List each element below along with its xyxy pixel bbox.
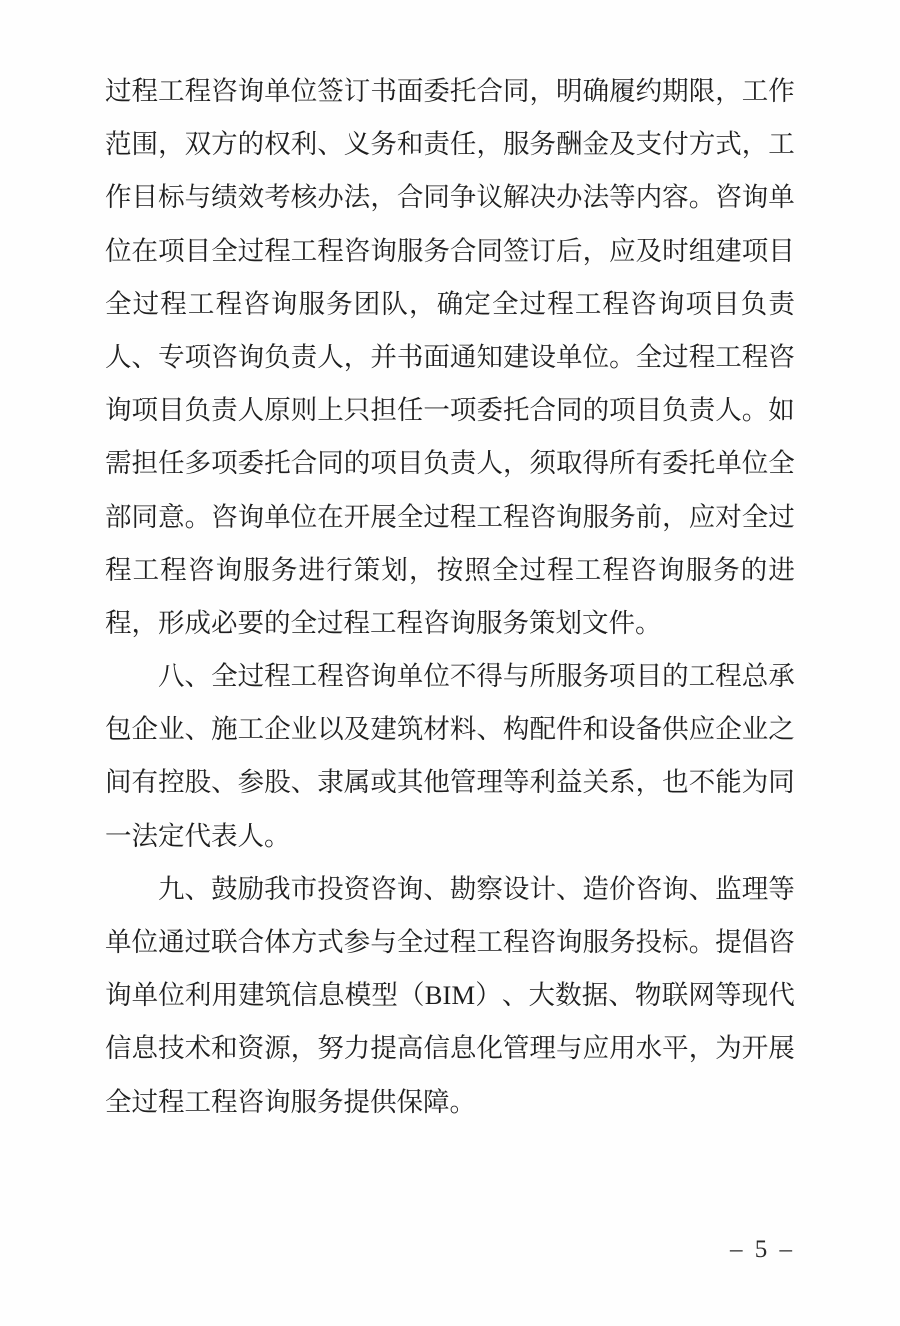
text-line: 八、全过程工程咨询单位不得与所服务项目的工程总承 (105, 650, 795, 703)
text-line: 询单位利用建筑信息模型（BIM）、大数据、物联网等现代 (105, 969, 795, 1022)
text-line: 一法定代表人。 (105, 810, 795, 863)
text-line: 全过程工程咨询服务提供保障。 (105, 1076, 795, 1129)
text-line: 作目标与绩效考核办法，合同争议解决办法等内容。咨询单 (105, 171, 795, 224)
text-line: 包企业、施工企业以及建筑材料、构配件和设备供应企业之 (105, 703, 795, 756)
page-number: – 5 – (730, 1236, 795, 1264)
text-line: 范围，双方的权利、义务和责任，服务酬金及支付方式，工 (105, 118, 795, 171)
text-line: 单位通过联合体方式参与全过程工程咨询服务投标。提倡咨 (105, 916, 795, 969)
text-line: 需担任多项委托合同的项目负责人，须取得所有委托单位全 (105, 437, 795, 490)
document-page: 过程工程咨询单位签订书面委托合同，明确履约期限，工作范围，双方的权利、义务和责任… (0, 0, 900, 1326)
text-line: 部同意。咨询单位在开展全过程工程咨询服务前，应对全过 (105, 491, 795, 544)
text-line: 位在项目全过程工程咨询服务合同签订后，应及时组建项目 (105, 225, 795, 278)
text-line: 全过程工程咨询服务团队，确定全过程工程咨询项目负责 (105, 278, 795, 331)
text-line: 过程工程咨询单位签订书面委托合同，明确履约期限，工作 (105, 65, 795, 118)
text-line: 程工程咨询服务进行策划，按照全过程工程咨询服务的进 (105, 544, 795, 597)
text-line: 间有控股、参股、隶属或其他管理等利益关系，也不能为同 (105, 756, 795, 809)
document-body: 过程工程咨询单位签订书面委托合同，明确履约期限，工作范围，双方的权利、义务和责任… (105, 65, 795, 1129)
text-line: 询项目负责人原则上只担任一项委托合同的项目负责人。如 (105, 384, 795, 437)
text-line: 九、鼓励我市投资咨询、勘察设计、造价咨询、监理等 (105, 863, 795, 916)
text-line: 人、专项咨询负责人，并书面通知建设单位。全过程工程咨 (105, 331, 795, 384)
text-line: 信息技术和资源，努力提高信息化管理与应用水平，为开展 (105, 1022, 795, 1075)
text-line: 程，形成必要的全过程工程咨询服务策划文件。 (105, 597, 795, 650)
